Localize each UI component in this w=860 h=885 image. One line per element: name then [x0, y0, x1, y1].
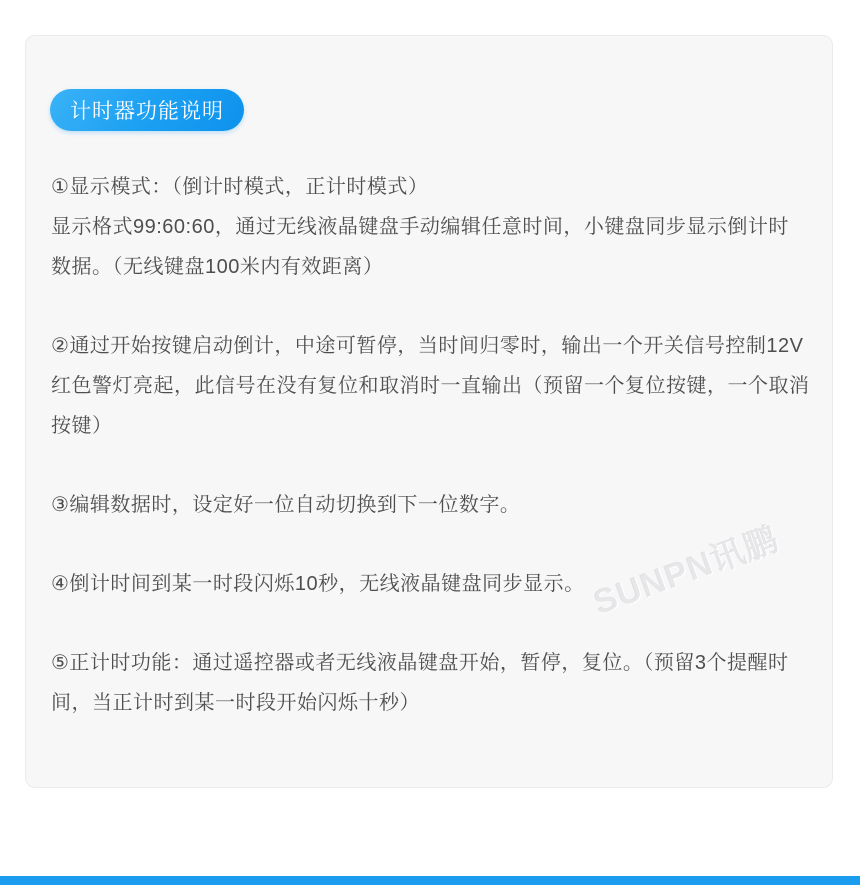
- text-line: 数据。（无线键盘100米内有效距离）: [51, 247, 823, 287]
- text-line: 红色警灯亮起，此信号在没有复位和取消时一直输出（预留一个复位按键，一个取消: [51, 366, 823, 406]
- text-line: ⑤正计时功能：通过遥控器或者无线液晶键盘开始，暂停，复位。（预留3个提醒时: [51, 643, 823, 683]
- feature-item-display-mode: ①显示模式：（倒计时模式，正计时模式） 显示格式99:60:60，通过无线液晶键…: [51, 167, 823, 287]
- section-title: 计时器功能说明: [70, 95, 224, 125]
- text-line: ①显示模式：（倒计时模式，正计时模式）: [51, 167, 823, 207]
- bottom-blue-bar: [0, 876, 860, 885]
- feature-item-edit-data: ③编辑数据时，设定好一位自动切换到下一位数字。: [51, 485, 823, 525]
- feature-list: ①显示模式：（倒计时模式，正计时模式） 显示格式99:60:60，通过无线液晶键…: [51, 167, 823, 762]
- text-line: 间，当正计时到某一时段开始闪烁十秒）: [51, 683, 823, 723]
- text-line: 按键）: [51, 406, 823, 446]
- text-line: ③编辑数据时，设定好一位自动切换到下一位数字。: [51, 485, 823, 525]
- text-line: ②通过开始按键启动倒计，中途可暂停，当时间归零时，输出一个开关信号控制12V: [51, 326, 823, 366]
- feature-item-countdown-signal: ②通过开始按键启动倒计，中途可暂停，当时间归零时，输出一个开关信号控制12V 红…: [51, 326, 823, 446]
- text-line: ④倒计时间到某一时段闪烁10秒，无线液晶键盘同步显示。: [51, 564, 823, 604]
- feature-item-countup-function: ⑤正计时功能：通过遥控器或者无线液晶键盘开始，暂停，复位。（预留3个提醒时 间，…: [51, 643, 823, 723]
- product-description-page: 计时器功能说明 ①显示模式：（倒计时模式，正计时模式） 显示格式99:60:60…: [0, 0, 860, 885]
- section-title-badge: 计时器功能说明: [50, 89, 244, 131]
- content-card: 计时器功能说明 ①显示模式：（倒计时模式，正计时模式） 显示格式99:60:60…: [25, 35, 833, 788]
- text-line: 显示格式99:60:60，通过无线液晶键盘手动编辑任意时间，小键盘同步显示倒计时: [51, 207, 823, 247]
- feature-item-flash-alert: ④倒计时间到某一时段闪烁10秒，无线液晶键盘同步显示。: [51, 564, 823, 604]
